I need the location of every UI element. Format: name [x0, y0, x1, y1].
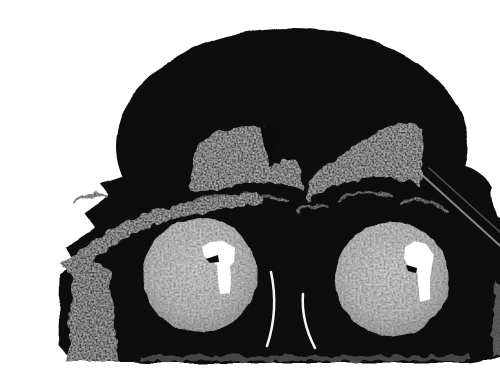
illustration-canvas: Person peering through binoculars — [40, 16, 500, 375]
left-lens — [143, 218, 257, 332]
right-lens — [335, 222, 449, 336]
binoculars-illustration: Person peering through binoculars — [40, 16, 500, 375]
